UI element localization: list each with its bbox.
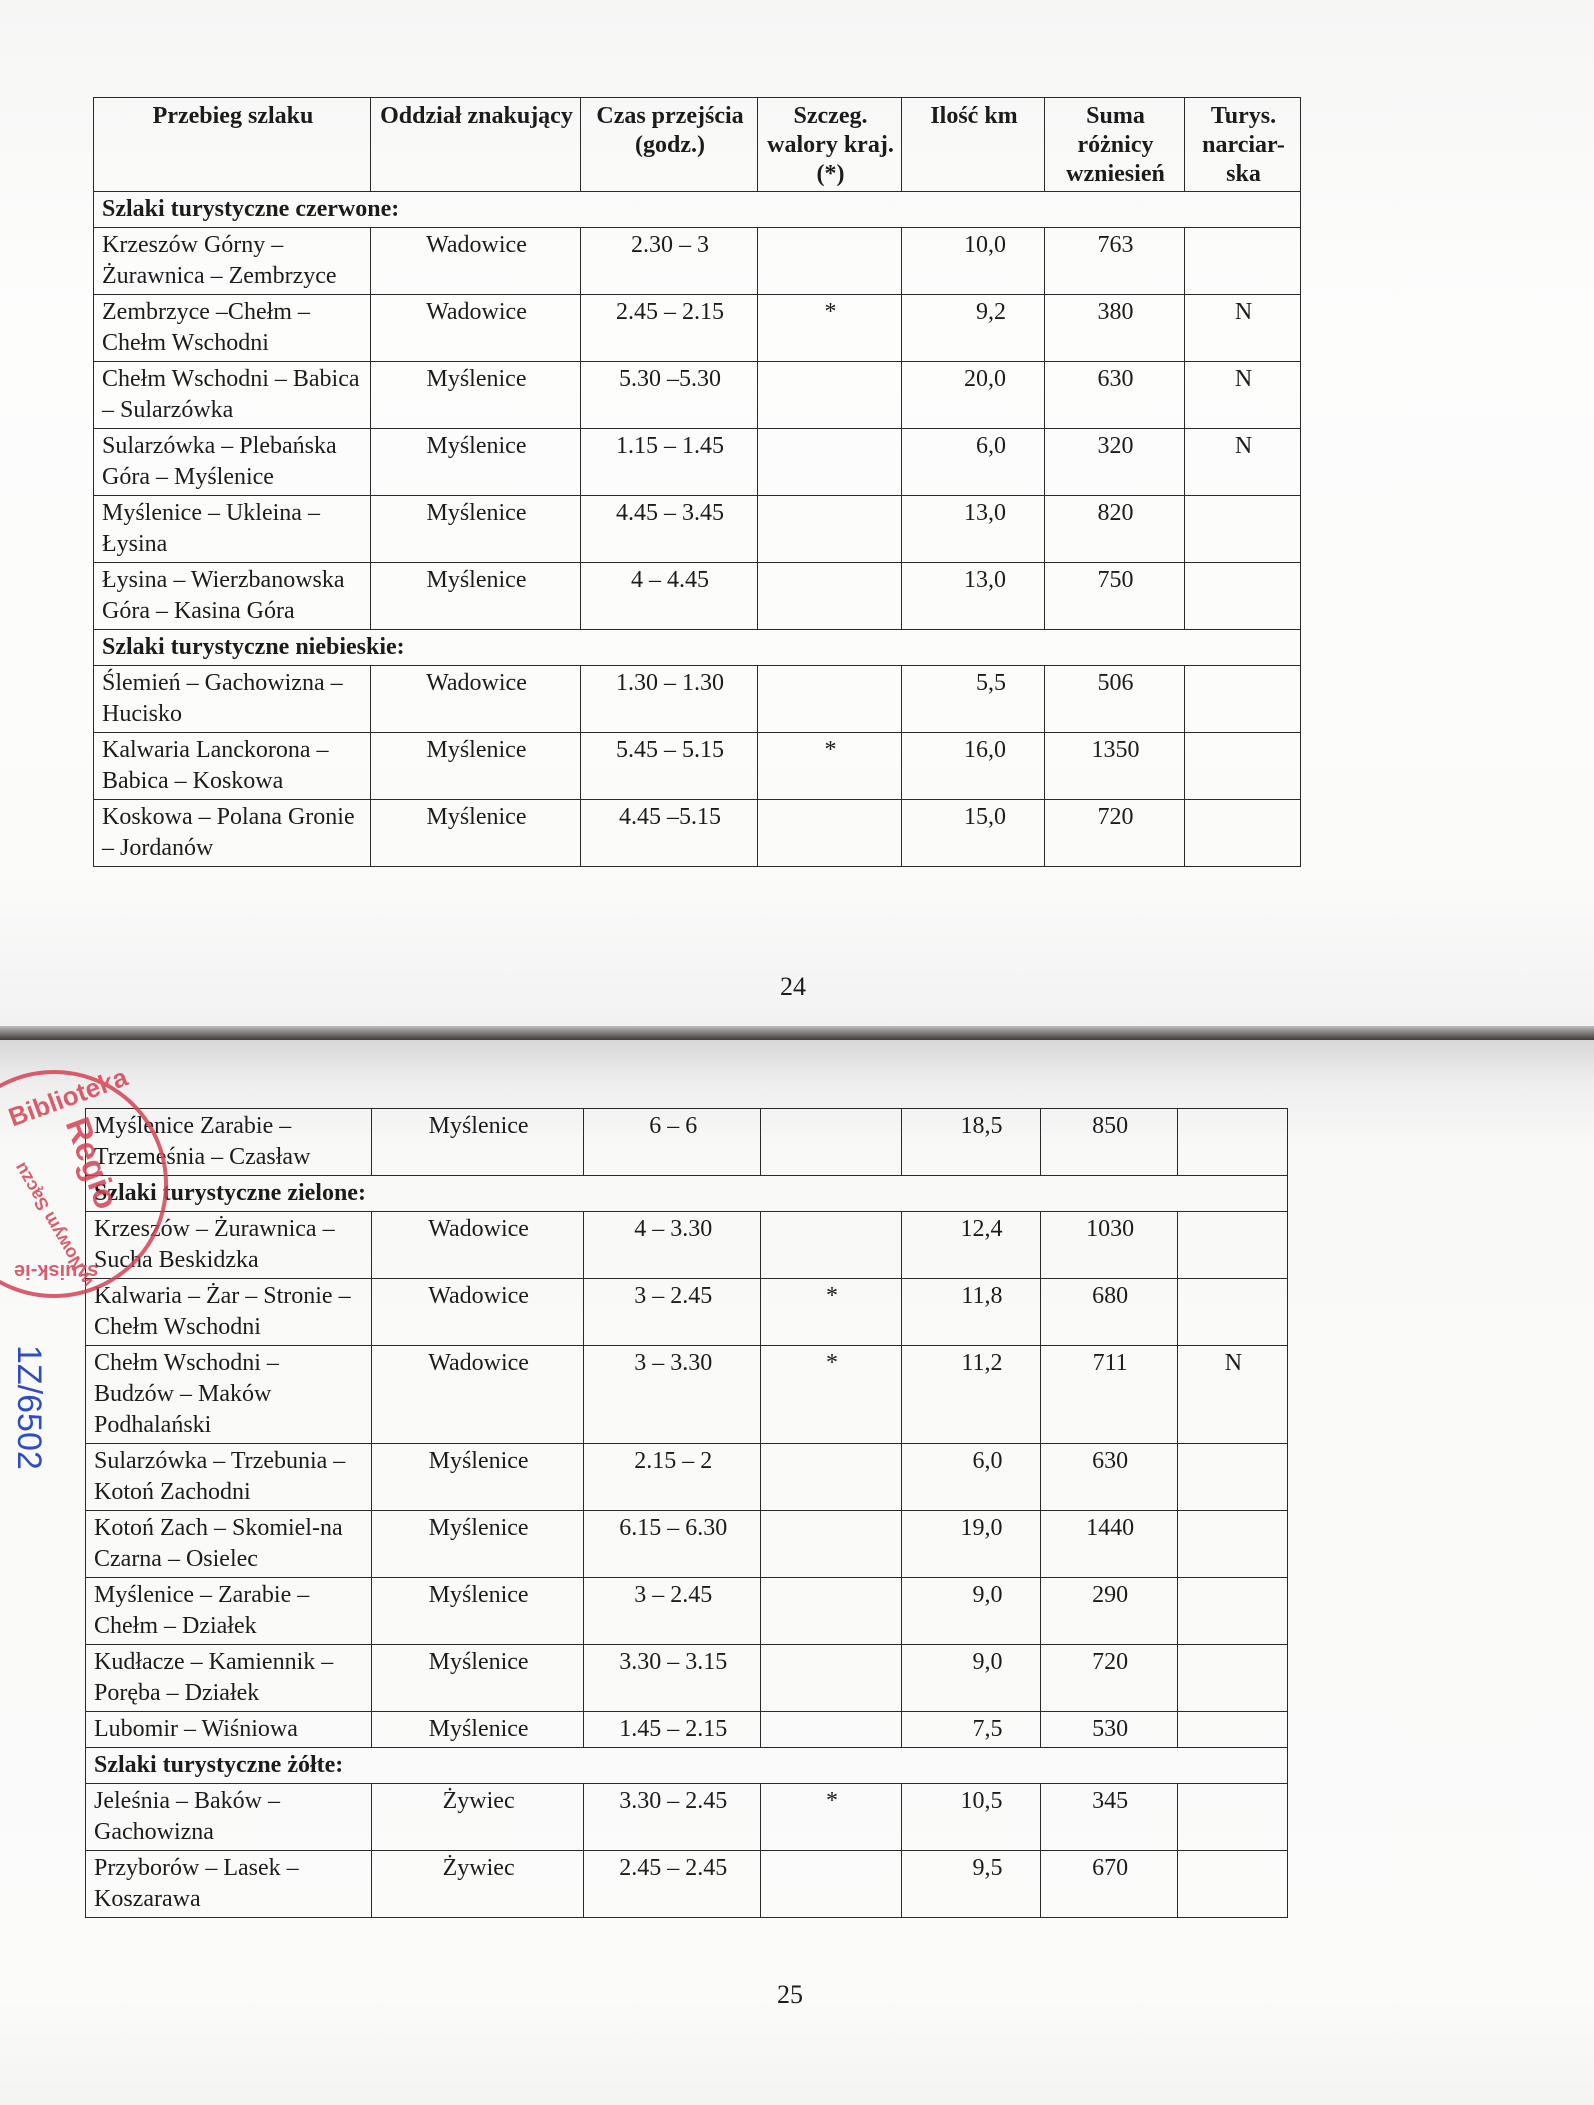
cell-elevation: 711 [1041,1346,1177,1444]
table-row: Sularzówka – Plebańska Góra – MyśleniceM… [94,429,1301,496]
cell-time: 1.30 – 1.30 [581,666,758,733]
cell-time: 6.15 – 6.30 [584,1511,761,1578]
table-header-row: Przebieg szlaku Oddział znakujący Czas p… [94,98,1301,192]
table-body: Szlaki turystyczne czerwone:Krzeszów Gór… [94,192,1301,867]
cell-branch: Myślenice [371,1444,584,1511]
cell-time: 2.30 – 3 [581,228,758,295]
cell-branch: Wadowice [371,228,581,295]
cell-elevation: 530 [1041,1712,1177,1748]
cell-branch: Żywiec [371,1784,584,1851]
cell-route: Kotoń Zach – Skomiel-na Czarna – Osielec [86,1511,372,1578]
cell-scenic [758,496,902,563]
cell-time: 4.45 – 3.45 [581,496,758,563]
cell-scenic [761,1578,902,1645]
cell-branch: Myślenice [371,1712,584,1748]
cell-time: 3.30 – 3.15 [584,1645,761,1712]
table-row: Myślenice Zarabie – Trzemeśnia – Czasław… [86,1109,1288,1176]
cell-time: 5.45 – 5.15 [581,733,758,800]
cell-branch: Wadowice [371,1346,584,1444]
section-title: Szlaki turystyczne zielone: [86,1176,1288,1212]
cell-ski: N [1185,362,1301,429]
cell-route: Myślenice – Ukleina – Łysina [94,496,371,563]
table-row: Kalwaria Lanckorona – Babica – KoskowaMy… [94,733,1301,800]
section-header-row: Szlaki turystyczne czerwone: [94,192,1301,228]
cell-time: 2.45 – 2.45 [584,1851,761,1918]
cell-branch: Wadowice [371,1279,584,1346]
table-row: Zembrzyce –Chełm – Chełm WschodniWadowic… [94,295,1301,362]
stamp-text-bottom: szuisk-ie [14,1259,98,1282]
cell-scenic [758,362,902,429]
section-title: Szlaki turystyczne żółte: [86,1748,1288,1784]
cell-ski: N [1185,429,1301,496]
cell-km: 11,2 [901,1346,1041,1444]
cell-elevation: 630 [1041,1444,1177,1511]
section-header-row: Szlaki turystyczne niebieskie: [94,630,1301,666]
cell-scenic [758,429,902,496]
cell-ski [1185,563,1301,630]
cell-scenic [761,1444,902,1511]
cell-time: 2.15 – 2 [584,1444,761,1511]
cell-elevation: 1030 [1041,1212,1177,1279]
cell-elevation: 1350 [1045,733,1185,800]
trails-table-page-25: Myślenice Zarabie – Trzemeśnia – Czasław… [85,1108,1288,1918]
cell-ski [1177,1645,1287,1712]
col-header-ski: Turys. narciar-ska [1185,98,1301,192]
page-number: 25 [777,1980,803,2010]
cell-branch: Myślenice [371,1578,584,1645]
cell-time: 3.30 – 2.45 [584,1784,761,1851]
cell-time: 1.45 – 2.15 [584,1712,761,1748]
cell-km: 6,0 [902,429,1045,496]
table-row: Myślenice – Zarabie – Chełm – DziałekMyś… [86,1578,1288,1645]
cell-scenic [761,1511,902,1578]
cell-km: 13,0 [902,496,1045,563]
cell-ski [1185,666,1301,733]
cell-km: 20,0 [902,362,1045,429]
cell-branch: Myślenice [371,429,581,496]
cell-elevation: 680 [1041,1279,1177,1346]
cell-scenic [758,563,902,630]
cell-elevation: 763 [1045,228,1185,295]
page-25: Myślenice Zarabie – Trzemeśnia – Czasław… [0,1040,1594,2105]
col-header-scenic: Szczeg. walory kraj. (*) [758,98,902,192]
cell-time: 3 – 2.45 [584,1279,761,1346]
cell-branch: Myślenice [371,1511,584,1578]
table-row: Jeleśnia – Baków – GachowiznaŻywiec3.30 … [86,1784,1288,1851]
cell-scenic [761,1851,902,1918]
cell-time: 3 – 3.30 [584,1346,761,1444]
cell-route: Kalwaria – Żar – Stronie – Chełm Wschodn… [86,1279,372,1346]
cell-branch: Myślenice [371,800,581,867]
cell-scenic [758,228,902,295]
page-24: Przebieg szlaku Oddział znakujący Czas p… [0,0,1594,1030]
cell-scenic [758,800,902,867]
cell-km: 10,5 [901,1784,1041,1851]
section-header-row: Szlaki turystyczne zielone: [86,1176,1288,1212]
cell-scenic [758,666,902,733]
table-row: Chełm Wschodni – Budzów – Maków Podhalań… [86,1346,1288,1444]
cell-scenic [761,1109,902,1176]
cell-branch: Myślenice [371,563,581,630]
cell-branch: Wadowice [371,666,581,733]
cell-ski [1177,1212,1287,1279]
cell-ski [1177,1851,1287,1918]
cell-time: 3 – 2.45 [584,1578,761,1645]
cell-elevation: 290 [1041,1578,1177,1645]
col-header-route: Przebieg szlaku [94,98,371,192]
cell-branch: Myślenice [371,1645,584,1712]
cell-elevation: 750 [1045,563,1185,630]
cell-km: 13,0 [902,563,1045,630]
cell-time: 5.30 –5.30 [581,362,758,429]
cell-time: 4 – 3.30 [584,1212,761,1279]
cell-scenic: * [761,1784,902,1851]
cell-km: 18,5 [901,1109,1041,1176]
table-row: Lubomir – WiśniowaMyślenice1.45 – 2.157,… [86,1712,1288,1748]
cell-km: 16,0 [902,733,1045,800]
cell-route: Ślemień – Gachowizna – Hucisko [94,666,371,733]
cell-route: Chełm Wschodni – Budzów – Maków Podhalań… [86,1346,372,1444]
cell-scenic [761,1645,902,1712]
cell-km: 6,0 [901,1444,1041,1511]
cell-elevation: 345 [1041,1784,1177,1851]
cell-elevation: 320 [1045,429,1185,496]
table-body: Myślenice Zarabie – Trzemeśnia – Czasław… [86,1109,1288,1918]
cell-branch: Myślenice [371,362,581,429]
cell-elevation: 1440 [1041,1511,1177,1578]
table-row: Kudłacze – Kamiennik – Poręba – DziałekM… [86,1645,1288,1712]
cell-route: Krzeszów Górny – Żurawnica – Zembrzyce [94,228,371,295]
cell-ski [1177,1784,1287,1851]
cell-time: 4.45 –5.15 [581,800,758,867]
cell-km: 9,5 [901,1851,1041,1918]
cell-time: 4 – 4.45 [581,563,758,630]
cell-scenic: * [758,733,902,800]
cell-ski: N [1185,295,1301,362]
cell-time: 6 – 6 [584,1109,761,1176]
cell-km: 5,5 [902,666,1045,733]
cell-km: 12,4 [901,1212,1041,1279]
cell-km: 11,8 [901,1279,1041,1346]
cell-km: 9,2 [902,295,1045,362]
table-row: Przyborów – Lasek – KoszarawaŻywiec2.45 … [86,1851,1288,1918]
section-header-row: Szlaki turystyczne żółte: [86,1748,1288,1784]
cell-route: Sularzówka – Trzebunia – Kotoń Zachodni [86,1444,372,1511]
cell-route: Sularzówka – Plebańska Góra – Myślenice [94,429,371,496]
cell-scenic: * [758,295,902,362]
trails-table-page-24: Przebieg szlaku Oddział znakujący Czas p… [93,97,1301,867]
cell-scenic: * [761,1346,902,1444]
cell-branch: Myślenice [371,1109,584,1176]
cell-route: Lubomir – Wiśniowa [86,1712,372,1748]
cell-elevation: 630 [1045,362,1185,429]
cell-elevation: 820 [1045,496,1185,563]
table-row: Łysina – Wierzbanowska Góra – Kasina Gór… [94,563,1301,630]
col-header-elevation: Suma różnicy wzniesień [1045,98,1185,192]
cell-route: Przyborów – Lasek – Koszarawa [86,1851,372,1918]
cell-elevation: 670 [1041,1851,1177,1918]
table-row: Krzeszów Górny – Żurawnica – ZembrzyceWa… [94,228,1301,295]
cell-time: 2.45 – 2.15 [581,295,758,362]
cell-km: 9,0 [901,1645,1041,1712]
cell-elevation: 720 [1041,1645,1177,1712]
cell-ski [1177,1444,1287,1511]
section-title: Szlaki turystyczne niebieskie: [94,630,1301,666]
cell-route: Zembrzyce –Chełm – Chełm Wschodni [94,295,371,362]
cell-elevation: 380 [1045,295,1185,362]
section-title: Szlaki turystyczne czerwone: [94,192,1301,228]
cell-branch: Żywiec [371,1851,584,1918]
cell-scenic: * [761,1279,902,1346]
cell-ski [1177,1511,1287,1578]
table-row: Chełm Wschodni – Babica – SularzówkaMyśl… [94,362,1301,429]
handwritten-catalog-number: 1Z/6502 [9,1345,48,1470]
cell-elevation: 850 [1041,1109,1177,1176]
cell-ski [1177,1279,1287,1346]
cell-ski [1177,1712,1287,1748]
cell-time: 1.15 – 1.45 [581,429,758,496]
cell-route: Kudłacze – Kamiennik – Poręba – Działek [86,1645,372,1712]
cell-route: Koskowa – Polana Gronie – Jordanów [94,800,371,867]
table-row: Koskowa – Polana Gronie – JordanówMyślen… [94,800,1301,867]
cell-ski [1177,1578,1287,1645]
table-row: Kotoń Zach – Skomiel-na Czarna – Osielec… [86,1511,1288,1578]
cell-route: Łysina – Wierzbanowska Góra – Kasina Gór… [94,563,371,630]
cell-ski [1185,496,1301,563]
cell-ski [1185,228,1301,295]
cell-branch: Wadowice [371,1212,584,1279]
cell-km: 10,0 [902,228,1045,295]
cell-elevation: 720 [1045,800,1185,867]
table-row: Kalwaria – Żar – Stronie – Chełm Wschodn… [86,1279,1288,1346]
cell-scenic [761,1712,902,1748]
cell-km: 9,0 [901,1578,1041,1645]
cell-branch: Myślenice [371,733,581,800]
cell-ski [1185,800,1301,867]
cell-route: Jeleśnia – Baków – Gachowizna [86,1784,372,1851]
stamp-text-middle: Regio [57,1112,126,1214]
page-number: 24 [780,972,806,1002]
cell-km: 15,0 [902,800,1045,867]
cell-route: Chełm Wschodni – Babica – Sularzówka [94,362,371,429]
cell-ski [1185,733,1301,800]
cell-ski [1177,1109,1287,1176]
col-header-km: Ilość km [902,98,1045,192]
col-header-time: Czas przejścia (godz.) [581,98,758,192]
cell-branch: Wadowice [371,295,581,362]
cell-km: 19,0 [901,1511,1041,1578]
table-row: Sularzówka – Trzebunia – Kotoń ZachodniM… [86,1444,1288,1511]
cell-route: Myślenice – Zarabie – Chełm – Działek [86,1578,372,1645]
table-row: Myślenice – Ukleina – ŁysinaMyślenice4.4… [94,496,1301,563]
cell-branch: Myślenice [371,496,581,563]
table-row: Ślemień – Gachowizna – HuciskoWadowice1.… [94,666,1301,733]
cell-elevation: 506 [1045,666,1185,733]
cell-ski: N [1177,1346,1287,1444]
cell-scenic [761,1212,902,1279]
cell-km: 7,5 [901,1712,1041,1748]
col-header-branch: Oddział znakujący [371,98,581,192]
table-row: Krzeszów – Żurawnica – Sucha BeskidzkaWa… [86,1212,1288,1279]
cell-route: Kalwaria Lanckorona – Babica – Koskowa [94,733,371,800]
